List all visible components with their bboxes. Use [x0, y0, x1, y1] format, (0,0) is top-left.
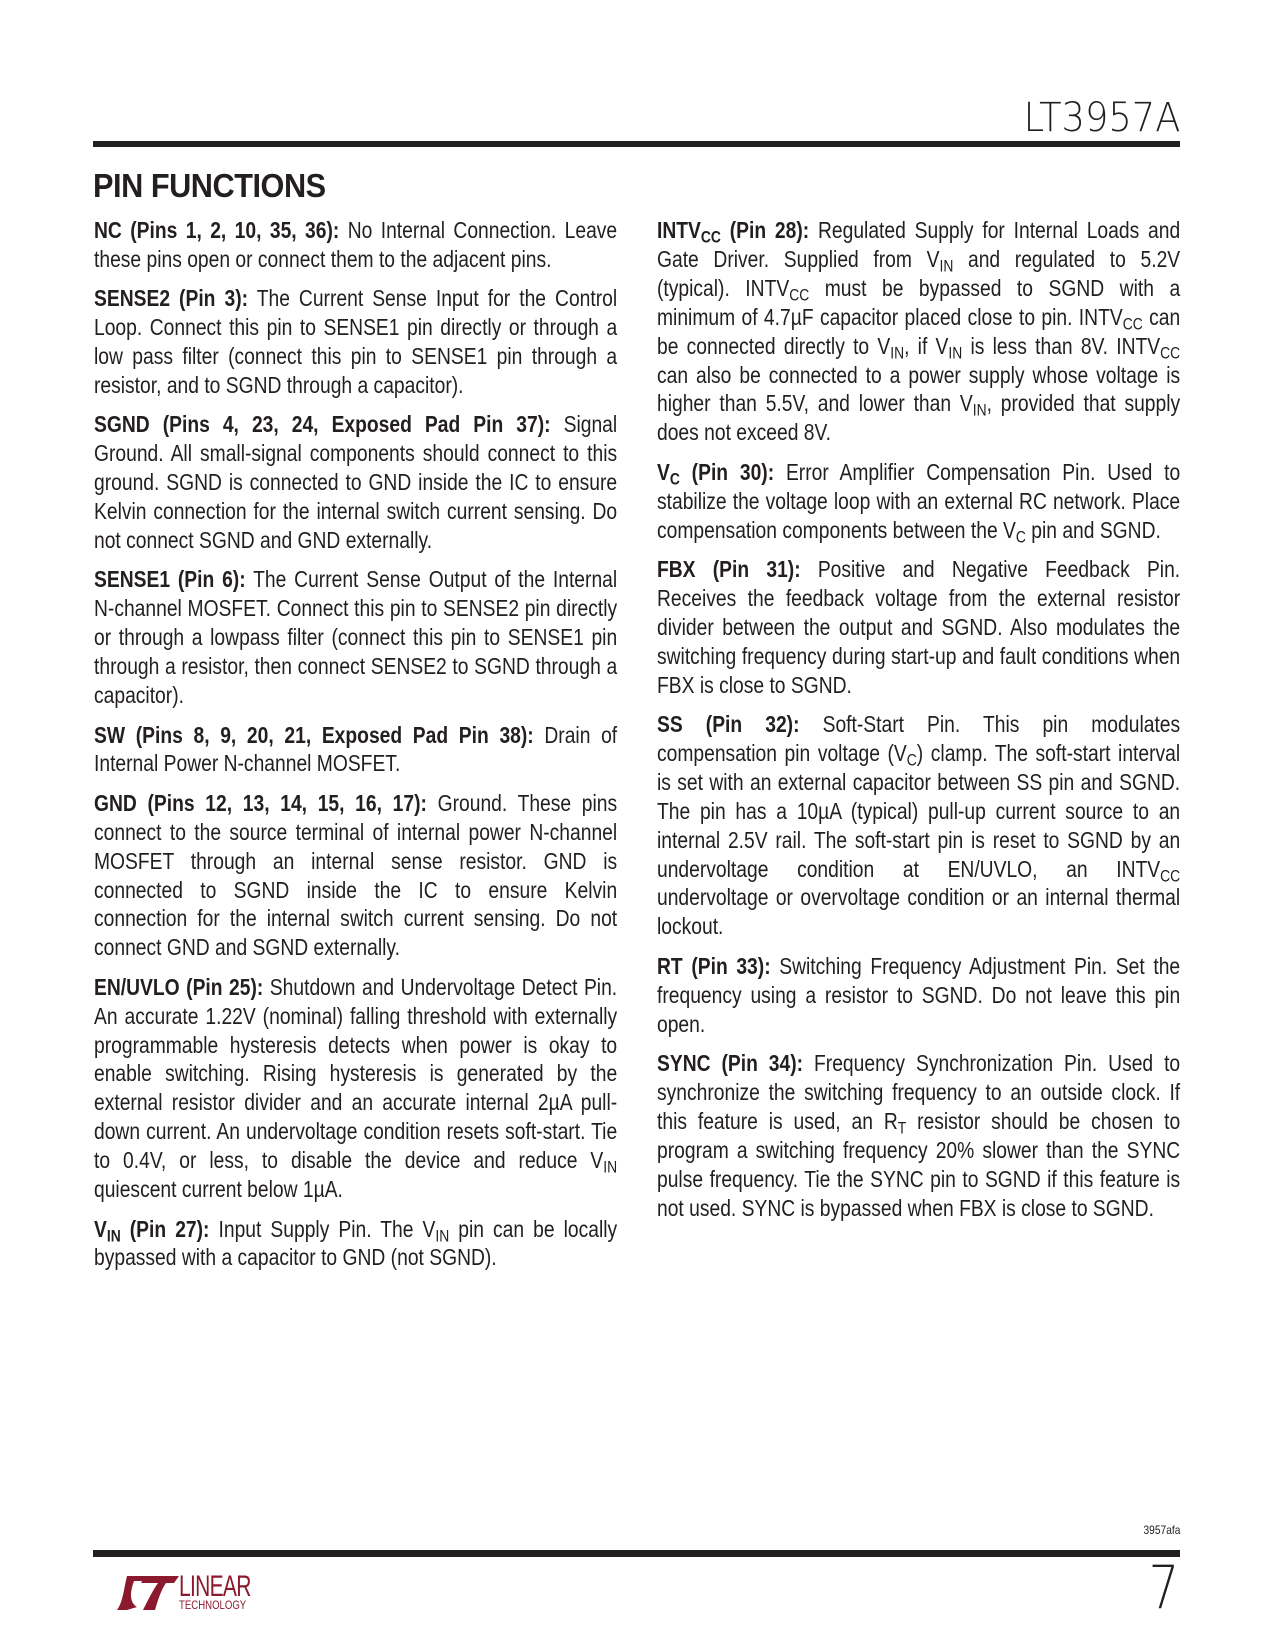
header-rule: [93, 141, 1180, 147]
subscript: IN: [435, 1226, 449, 1245]
pin-name: VIN (Pin 27):: [94, 1216, 209, 1242]
pin-description: Input Supply Pin. The V: [209, 1216, 435, 1242]
pin-sgnd: SGND (Pins 4, 23, 24, Exposed Pad Pin 37…: [94, 410, 617, 555]
pin-fbx: FBX (Pin 31): Positive and Negative Feed…: [657, 555, 1180, 700]
pin-name-main: INTV: [657, 217, 701, 243]
pin-gnd: GND (Pins 12, 13, 14, 15, 16, 17): Groun…: [94, 789, 617, 962]
subscript: C: [907, 751, 917, 770]
pin-name: NC (Pins 1, 2, 10, 35, 36):: [94, 217, 339, 243]
subscript: CC: [789, 286, 809, 305]
subscript: IN: [603, 1158, 617, 1177]
pin-sw: SW (Pins 8, 9, 20, 21, Exposed Pad Pin 3…: [94, 721, 617, 779]
pin-name: INTVCC (Pin 28):: [657, 217, 809, 243]
pin-sense2: SENSE2 (Pin 3): The Current Sense Input …: [94, 284, 617, 400]
subscript: CC: [1160, 343, 1180, 362]
pin-name-rest: (Pin 30):: [680, 459, 774, 485]
pin-name: FBX (Pin 31):: [657, 556, 801, 582]
pin-description-cont: quiescent current below 1µA.: [94, 1176, 343, 1202]
subscript: C: [670, 469, 680, 488]
pin-description-cont: pin and SGND.: [1026, 517, 1161, 543]
pin-rt: RT (Pin 33): Switching Frequency Adjustm…: [657, 952, 1180, 1039]
pin-name: EN/UVLO (Pin 25):: [94, 974, 263, 1000]
pin-sense1: SENSE1 (Pin 6): The Current Sense Output…: [94, 565, 617, 710]
subscript: CC: [1160, 866, 1180, 885]
linear-technology-logo: LINEAR TECHNOLOGY: [117, 1574, 317, 1618]
pin-description-cont: , if V: [904, 333, 948, 359]
pin-name: GND (Pins 12, 13, 14, 15, 16, 17):: [94, 790, 427, 816]
pin-name: SS (Pin 32):: [657, 711, 800, 737]
logo-subtitle: TECHNOLOGY: [179, 1599, 246, 1611]
pin-name: SGND (Pins 4, 23, 24, Exposed Pad Pin 37…: [94, 411, 551, 437]
pin-name: SYNC (Pin 34):: [657, 1050, 803, 1076]
pin-name: SW (Pins 8, 9, 20, 21, Exposed Pad Pin 3…: [94, 722, 534, 748]
pin-ss: SS (Pin 32): Soft-Start Pin. This pin mo…: [657, 710, 1180, 941]
pin-name-rest: (Pin 28):: [721, 217, 809, 243]
pin-name: VC (Pin 30):: [657, 459, 774, 485]
pin-name-main: V: [657, 459, 670, 485]
subscript: IN: [890, 343, 904, 362]
pin-intvcc: INTVCC (Pin 28): Regulated Supply for In…: [657, 216, 1180, 447]
pin-description: Shutdown and Undervoltage Detect Pin. An…: [94, 974, 617, 1173]
document-code: 3957afa: [1143, 1523, 1180, 1537]
pin-name: SENSE2 (Pin 3):: [94, 285, 248, 311]
pin-description-cont: is less than 8V. INTV: [962, 333, 1160, 359]
lt-logo-mark-icon: [117, 1574, 179, 1612]
page-number: 7: [1148, 1558, 1179, 1618]
pin-description-cont: undervoltage or overvoltage condition or…: [657, 884, 1180, 939]
pin-name: RT (Pin 33):: [657, 953, 771, 979]
pin-nc: NC (Pins 1, 2, 10, 35, 36): No Internal …: [94, 216, 617, 274]
subscript: C: [1016, 527, 1026, 546]
left-column: NC (Pins 1, 2, 10, 35, 36): No Internal …: [94, 216, 617, 1283]
pin-vc: VC (Pin 30): Error Amplifier Compensatio…: [657, 458, 1180, 545]
footer-rule: [93, 1550, 1180, 1557]
pin-sync: SYNC (Pin 34): Frequency Synchronization…: [657, 1049, 1180, 1222]
pin-vin: VIN (Pin 27): Input Supply Pin. The VIN …: [94, 1215, 617, 1273]
subscript: IN: [107, 1226, 121, 1245]
subscript: T: [898, 1119, 906, 1138]
subscript: IN: [948, 343, 962, 362]
pin-name-main: V: [94, 1216, 107, 1242]
section-title: PIN FUNCTIONS: [93, 166, 326, 206]
subscript: CC: [701, 228, 721, 247]
pin-en-uvlo: EN/UVLO (Pin 25): Shutdown and Undervolt…: [94, 973, 617, 1204]
pin-name: SENSE1 (Pin 6):: [94, 566, 246, 592]
pin-name-rest: (Pin 27):: [121, 1216, 210, 1242]
subscript: CC: [1123, 314, 1143, 333]
subscript: IN: [939, 257, 953, 276]
right-column: INTVCC (Pin 28): Regulated Supply for In…: [657, 216, 1180, 1233]
part-number-title: LT3957A: [1023, 96, 1180, 140]
subscript: IN: [973, 401, 987, 420]
